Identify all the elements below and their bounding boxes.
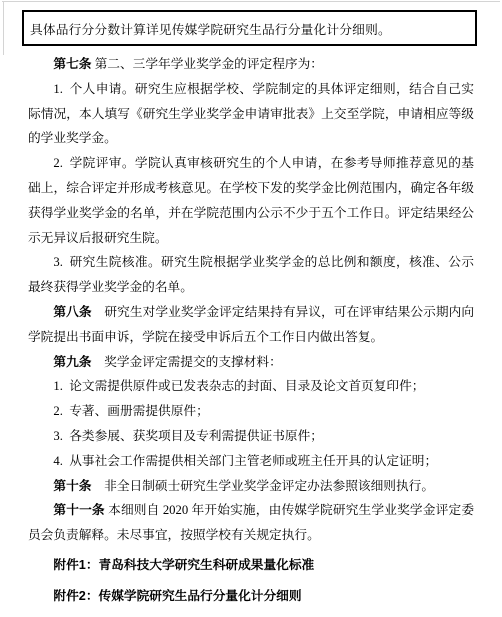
- paragraph-material-1: 1. 论文需提供原件或已发表杂志的封面、目录及论文首页复印件；: [28, 374, 474, 399]
- article-8-label: 第八条: [53, 305, 91, 319]
- material-3-text: 3. 各类参展、获奖项目及专利需提供证书原件；: [53, 429, 323, 443]
- document-body: 第七条 第二、三学年学业奖学金的评定程序为： 1. 个人申请。研究生应根据学校、…: [28, 52, 474, 609]
- material-4-text: 4. 从事社会工作需提供相关部门主管老师或班主任开具的认定证明；: [53, 454, 437, 468]
- paragraph-step-1: 1. 个人申请。研究生应根据学校、学院制定的具体评定细则，结合自己实际情况，本人…: [28, 77, 474, 151]
- paragraph-material-3: 3. 各类参展、获奖项目及专利需提供证书原件；: [28, 424, 474, 449]
- note-box-text: 具体品行分分数计算详见传媒学院研究生品行分量化计分细则。: [30, 19, 391, 38]
- step-3-text: 3. 研究生院核准。研究生院根据学业奖学金的总比例和额度，核准、公示最终获得学业…: [28, 255, 474, 294]
- article-8-text: 研究生对学业奖学金评定结果持有异议，可在评审结果公示期内向学院提出书面申诉，学院…: [28, 305, 474, 344]
- step-2-text: 2. 学院评审。学院认真审核研究生的个人申请，在参考导师推荐意见的基础上，综合评…: [28, 156, 474, 244]
- attachment-1-text: 附件1：青岛科技大学研究生科研成果量化标准: [53, 558, 314, 572]
- paragraph-step-2: 2. 学院评审。学院认真审核研究生的个人申请，在参考导师推荐意见的基础上，综合评…: [28, 151, 474, 250]
- note-box: 具体品行分分数计算详见传媒学院研究生品行分量化计分细则。: [22, 10, 477, 46]
- page-edge-left-line: [3, 1, 4, 55]
- attachment-2-line: 附件2：传媒学院研究生品行分量化计分细则: [28, 584, 474, 609]
- attachment-2-text: 附件2：传媒学院研究生品行分量化计分细则: [53, 589, 301, 603]
- article-9-text: 奖学金评定需提交的支撑材料：: [91, 355, 281, 369]
- paragraph-material-4: 4. 从事社会工作需提供相关部门主管老师或班主任开具的认定证明；: [28, 449, 474, 474]
- paragraph-article-9: 第九条 奖学金评定需提交的支撑材料：: [28, 350, 474, 375]
- paragraph-material-2: 2. 专著、画册需提供原件；: [28, 399, 474, 424]
- attachment-1-line: 附件1：青岛科技大学研究生科研成果量化标准: [28, 553, 474, 578]
- article-7-text: 第二、三学年学业奖学金的评定程序为：: [91, 57, 323, 71]
- paragraph-article-7: 第七条 第二、三学年学业奖学金的评定程序为：: [28, 52, 474, 77]
- paragraph-article-11: 第十一条 本细则自 2020 年开始实施，由传媒学院研究生学业奖学金评定委员会负…: [28, 498, 474, 548]
- material-1-text: 1. 论文需提供原件或已发表杂志的封面、目录及论文首页复印件；: [53, 379, 424, 393]
- document-page: 具体品行分分数计算详见传媒学院研究生品行分量化计分细则。 第七条 第二、三学年学…: [0, 0, 502, 617]
- material-2-text: 2. 专著、画册需提供原件；: [53, 404, 208, 418]
- paragraph-article-10: 第十条 非全日制硕士研究生学业奖学金评定办法参照该细则执行。: [28, 474, 474, 499]
- article-11-label: 第十一条: [53, 503, 104, 517]
- article-10-label: 第十条: [53, 479, 91, 493]
- paragraph-article-8: 第八条 研究生对学业奖学金评定结果持有异议，可在评审结果公示期内向学院提出书面申…: [28, 300, 474, 350]
- article-9-label: 第九条: [53, 355, 91, 369]
- paragraph-step-3: 3. 研究生院核准。研究生院根据学业奖学金的总比例和额度，核准、公示最终获得学业…: [28, 250, 474, 300]
- article-10-text: 非全日制硕士研究生学业奖学金评定办法参照该细则执行。: [91, 479, 434, 493]
- article-7-label: 第七条: [53, 57, 91, 71]
- page-edge-top-line: [2, 1, 500, 2]
- step-1-text: 1. 个人申请。研究生应根据学校、学院制定的具体评定细则，结合自己实际情况，本人…: [28, 82, 474, 146]
